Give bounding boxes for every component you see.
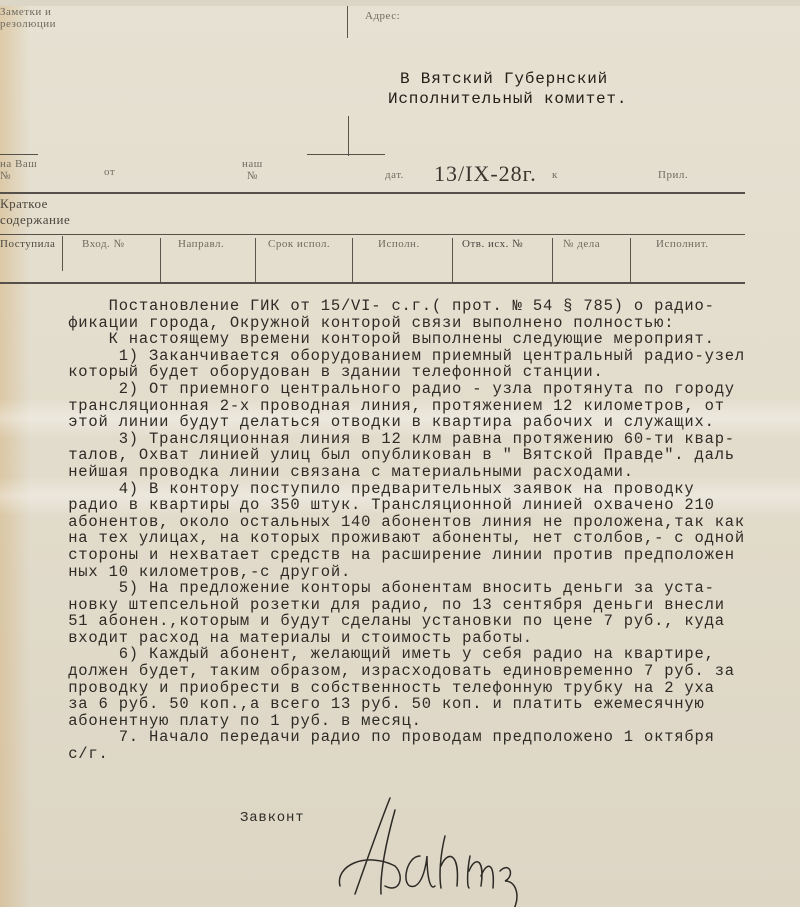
body-line: на тех улицах, на которых проживают абон…	[48, 530, 745, 547]
body-line: 4) В контору поступило предварительных з…	[48, 481, 745, 498]
body-line: который будет оборудован в здании телефо…	[48, 364, 745, 381]
body-line: 3) Трансляционная линия в 12 клм равна п…	[48, 431, 745, 448]
column-divider	[62, 236, 63, 271]
body-line: за 6 руб. 50 коп.,а всего 13 руб. 50 коп…	[48, 696, 745, 713]
body-line: нейшая проводка линии связана с материал…	[48, 464, 745, 481]
body-line: этой линии будут делаться отводки в квар…	[48, 414, 745, 431]
notes-label: Заметки ирезолюции	[0, 6, 56, 30]
body-line: 7. Начало передачи радио по проводам пре…	[48, 729, 745, 746]
column-divider	[552, 238, 553, 283]
body-line: стороны и нехватает средств на расширени…	[48, 547, 745, 564]
body-line: 5) На предложение конторы абонентам внос…	[48, 580, 745, 597]
column-divider	[255, 238, 256, 283]
body-line: фикации города, Окружной конторой связи …	[48, 315, 745, 332]
summary-label: Краткоесодержание	[0, 196, 70, 228]
column-header: Отв. исх. №	[462, 238, 523, 250]
body-line: 2) От приемного центрального радио - узл…	[48, 381, 745, 398]
document-page: Заметки ирезолюции Адрес: В Вятский Губе…	[0, 6, 800, 907]
column-header: Исполн.	[378, 238, 420, 250]
body-line: новку штепсельной розетки для радио, по …	[48, 597, 745, 614]
rule	[0, 282, 745, 284]
body-line: должен будет, таким образом, израсходова…	[48, 663, 745, 680]
body-line: абонентную плату по 1 руб. в месяц.	[48, 713, 745, 730]
column-divider	[630, 238, 631, 283]
signature-icon	[335, 796, 575, 907]
addressee-line-1: В Вятский Губернский	[400, 70, 608, 88]
column-divider	[160, 238, 161, 283]
body-line: 1) Заканчивается оборудованием приемный …	[48, 348, 745, 365]
body-line: талов, Охват линией улиц был опубликован…	[48, 447, 745, 464]
attachments-label: Прил.	[658, 169, 688, 181]
body-line: Постановление ГИК от 15/VI- с.г.( прот. …	[48, 298, 745, 315]
column-divider	[352, 238, 353, 283]
body-line: абонентов, около остальных 140 абонентов…	[48, 514, 745, 531]
from-label: от	[104, 166, 115, 178]
column-header: Поступила	[0, 238, 55, 250]
rule	[307, 154, 385, 155]
body-line: с/г.	[48, 746, 745, 763]
our-number-label: наш№	[242, 158, 263, 182]
header-divider	[348, 116, 349, 156]
signature-title: Завконт	[240, 810, 304, 826]
column-header: Исполнит.	[656, 238, 709, 250]
body-line: ных 10 километров,-с другой.	[48, 564, 745, 581]
rule	[0, 192, 745, 194]
column-header: № дела	[563, 238, 600, 250]
body-line: проводку и приобрести в собственность те…	[48, 680, 745, 697]
document-date: 13/IX-28г.	[434, 161, 537, 187]
column-header: Направл.	[178, 238, 224, 250]
body-line: 6) Каждый абонент, желающий иметь у себя…	[48, 646, 745, 663]
rule	[0, 234, 745, 235]
column-header: Срок испол.	[268, 238, 330, 250]
body-line: радио в квартиры до 350 штук. Трансляцио…	[48, 497, 745, 514]
header-divider	[347, 6, 348, 38]
column-header: Вход. №	[82, 238, 125, 250]
rule	[0, 154, 38, 155]
document-body: Постановление ГИК от 15/VI- с.г.( прот. …	[48, 298, 745, 763]
body-line: 51 абонен.,которым и будут сделаны устан…	[48, 613, 745, 630]
address-label: Адрес:	[365, 10, 400, 22]
body-line: К настоящему времени конторой выполнены …	[48, 331, 745, 348]
date-label: дат.	[385, 169, 404, 181]
your-number-label: на Ваш№	[0, 158, 37, 182]
body-line: входит расход на материалы и стоимость р…	[48, 630, 745, 647]
column-divider	[452, 238, 453, 283]
date-suffix: к	[552, 169, 558, 181]
body-line: трансляционная 2-х проводная линия, прот…	[48, 398, 745, 415]
addressee-line-2: Исполнительный комитет.	[388, 90, 627, 108]
